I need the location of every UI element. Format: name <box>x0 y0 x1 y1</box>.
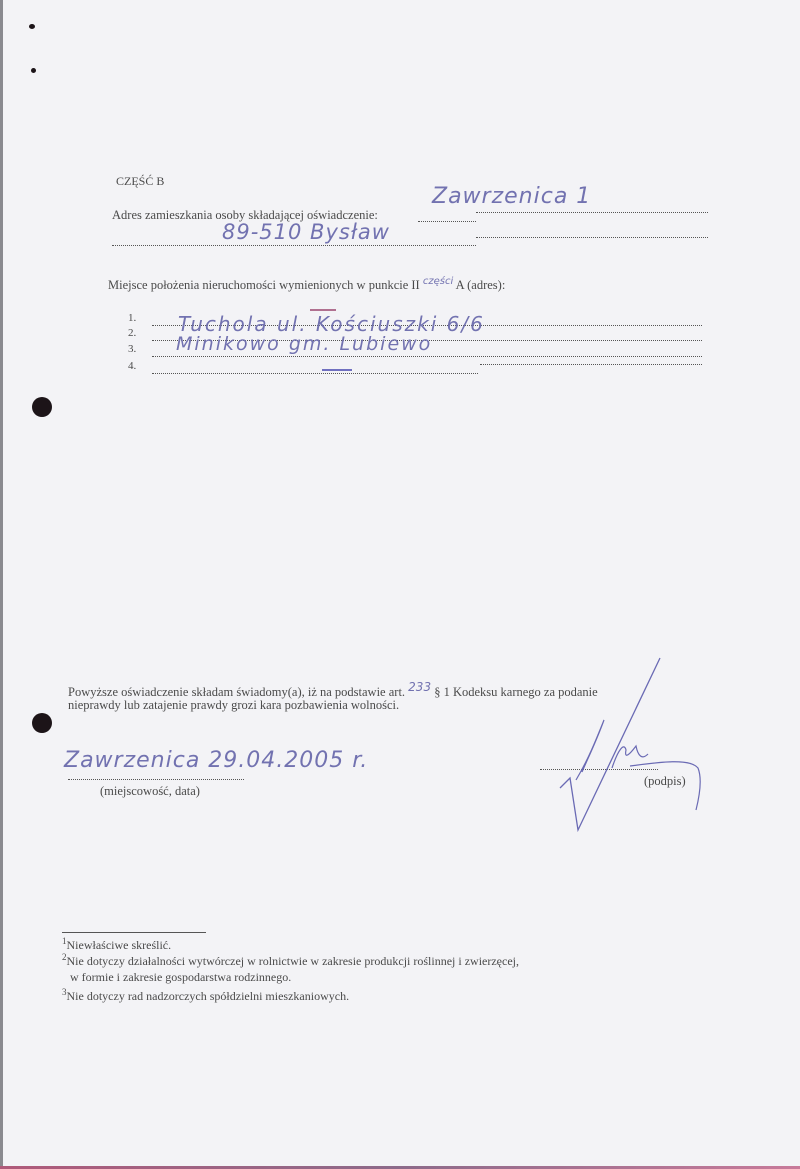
property-row-num-3: 3. <box>128 343 136 355</box>
handwritten-dash <box>310 309 336 311</box>
scan-left-edge <box>0 0 3 1169</box>
residence-line-1b <box>476 212 708 213</box>
footnote-text-3: Nie dotyczy rad nadzorczych spółdzielni … <box>67 989 350 1003</box>
property-row-num-4: 4. <box>128 360 136 372</box>
residence-line-2 <box>112 245 476 246</box>
place-date-line <box>68 779 244 780</box>
footnote-3: 3Nie dotyczy rad nadzorczych spółdzielni… <box>62 987 349 1004</box>
residence-line-1 <box>418 221 476 222</box>
place-date-handwritten: Zawrzenica 29.04.2005 r. <box>64 748 368 773</box>
footnote-2: 2Nie dotyczy działalności wytwórczej w r… <box>62 952 519 969</box>
footnote-separator <box>62 932 206 933</box>
handwritten-dash <box>322 369 352 371</box>
property-row-line-4b <box>480 364 702 365</box>
residence-handwritten-2: 89-510 Bysław <box>222 220 390 244</box>
punch-hole <box>32 397 52 417</box>
property-row-num-1: 1. <box>128 312 136 324</box>
properties-label: Miejsce położenia nieruchomości wymienio… <box>108 276 505 293</box>
properties-label-tail: A (adres): <box>456 278 506 292</box>
scan-mark <box>29 24 35 29</box>
property-row-line-3 <box>152 356 702 357</box>
section-title: CZĘŚĆ B <box>116 174 164 189</box>
footnote-1: 1Niewłaściwe skreślić. <box>62 936 171 953</box>
properties-label-insert: części <box>423 276 453 287</box>
residence-line-2b <box>476 237 708 238</box>
property-row-num-2: 2. <box>128 327 136 339</box>
property-row-line-4 <box>152 373 478 374</box>
signature-scribble <box>540 650 710 840</box>
property-row-value-3: Minikowo gm. Lubiewo <box>176 333 432 355</box>
declaration-article: 233 <box>408 680 431 694</box>
place-date-caption: (miejscowość, data) <box>100 784 200 799</box>
footnote-2-cont: w formie i zakresie gospodarstwa rodzinn… <box>70 970 291 985</box>
scan-mark <box>31 68 36 73</box>
properties-label-main: Miejsce położenia nieruchomości wymienio… <box>108 278 420 292</box>
declaration-line-2: nieprawdy lub zatajenie prawdy grozi kar… <box>68 698 399 713</box>
punch-hole <box>32 713 52 733</box>
footnote-text-2: Nie dotyczy działalności wytwórczej w ro… <box>67 954 520 968</box>
footnote-text-1: Niewłaściwe skreślić. <box>67 938 172 952</box>
residence-handwritten-1: Zawrzenica 1 <box>432 184 591 209</box>
